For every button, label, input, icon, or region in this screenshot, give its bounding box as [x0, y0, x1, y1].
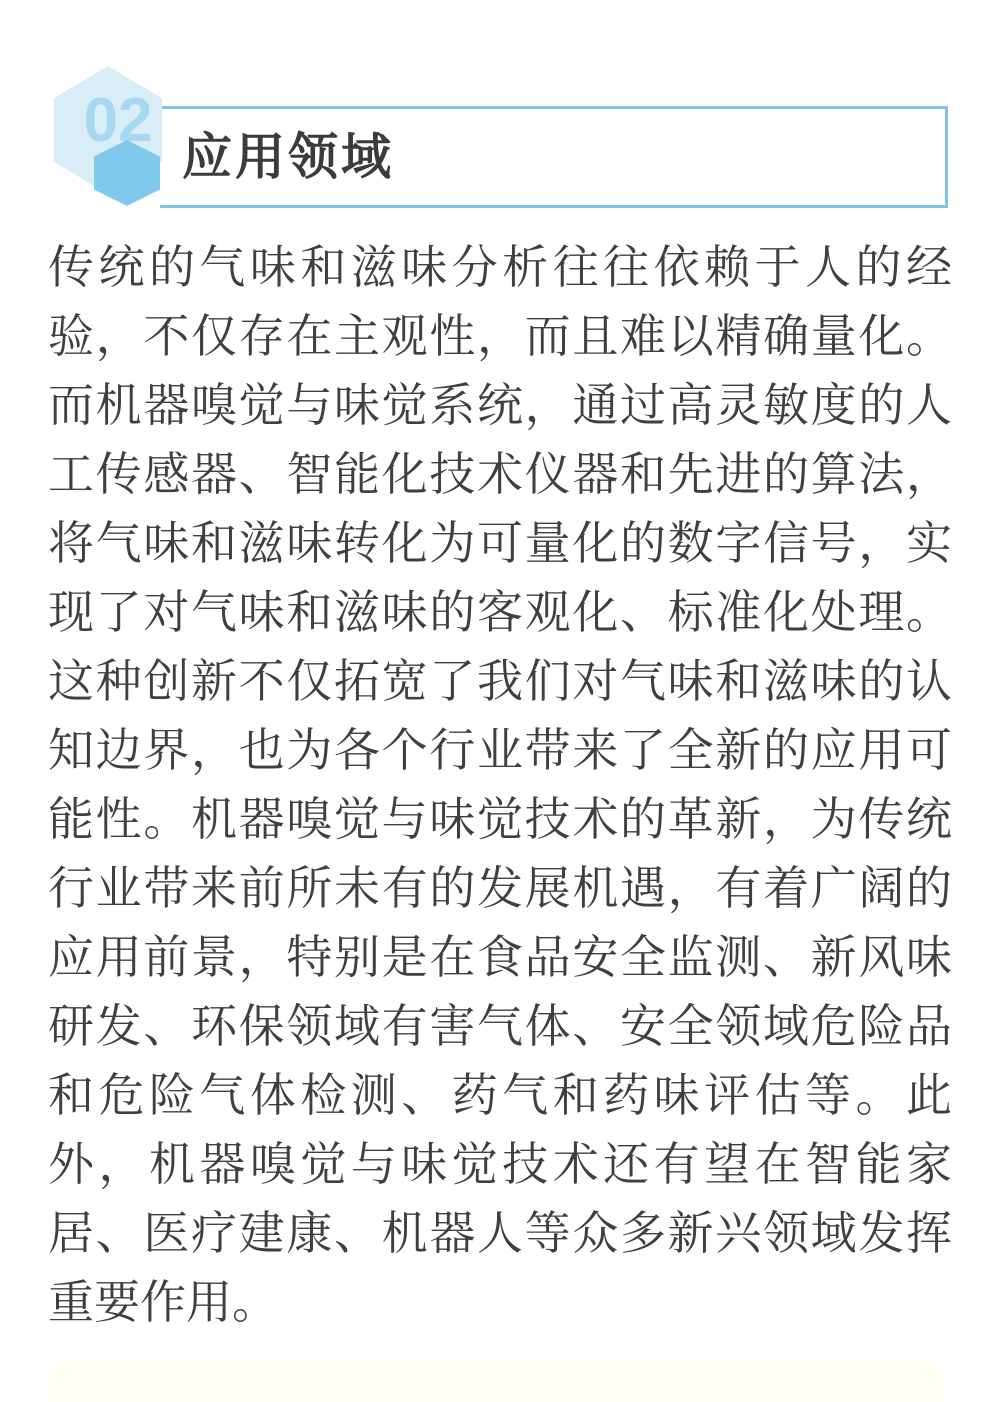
section-number-badge: 02: [60, 90, 176, 152]
article-page: 应用领域 02 传统的气味和滋味分析往往依赖于人的经验，不仅存在主观性，而且难以…: [0, 0, 1000, 1402]
body-paragraph: 传统的气味和滋味分析往往依赖于人的经验，不仅存在主观性，而且难以精确量化。而机器…: [48, 233, 952, 1337]
section-title: 应用领域: [160, 132, 394, 182]
section-title-box: 应用领域: [160, 106, 948, 208]
next-section-panel: [49, 1362, 943, 1402]
